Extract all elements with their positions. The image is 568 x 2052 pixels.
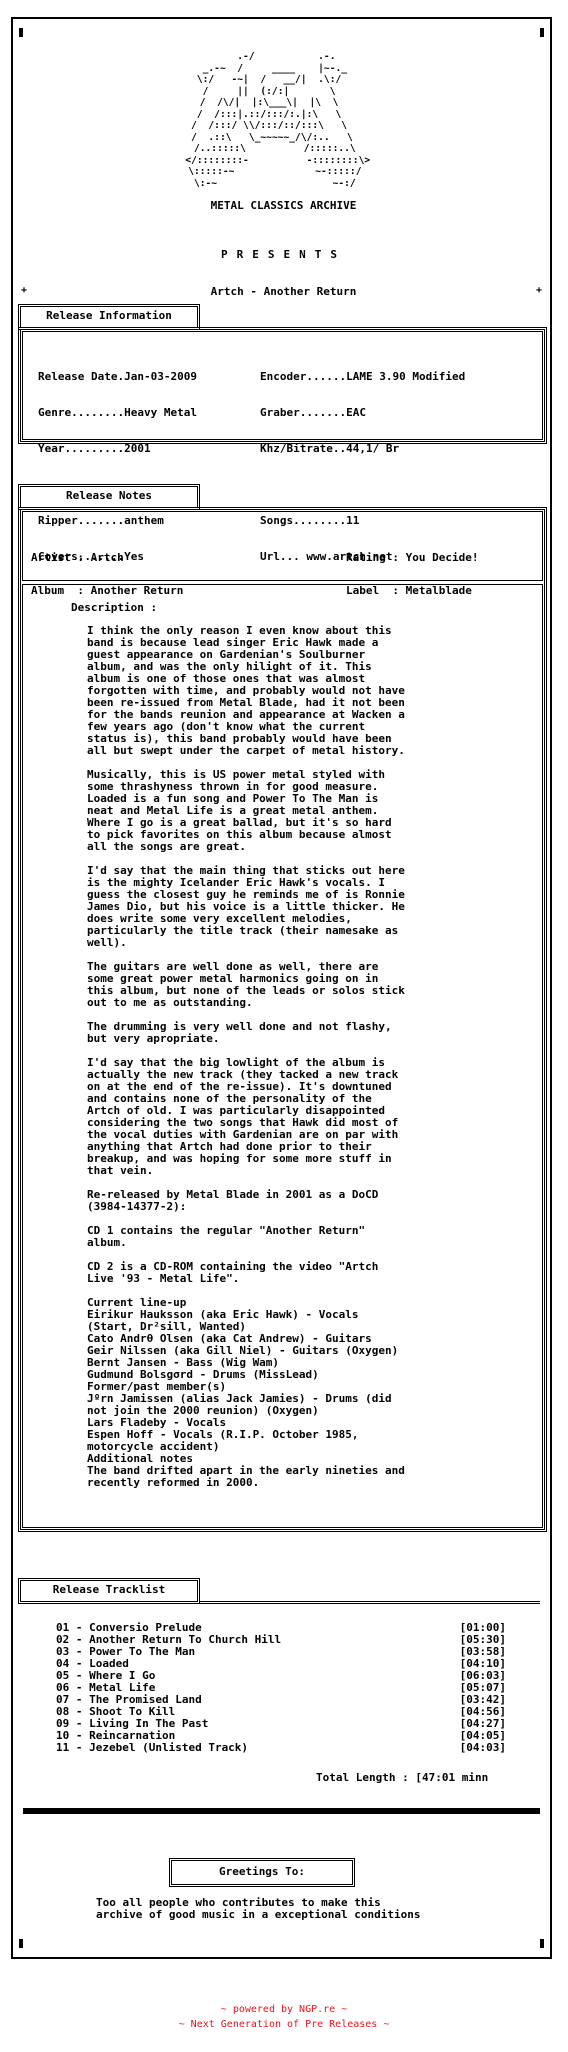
description-paragraph: Musically, this is US power metal styled… bbox=[87, 769, 487, 853]
info-graber: Graber.......EAC bbox=[260, 407, 465, 419]
info-bitrate: Khz/Bitrate..44,1/ Br bbox=[260, 443, 465, 455]
corner-marker-top-right bbox=[540, 28, 544, 37]
description-paragraph: The guitars are well done as well, there… bbox=[87, 961, 487, 1009]
description-paragraph: Re-released by Metal Blade in 2001 as a … bbox=[87, 1189, 487, 1213]
greetings-text: Too all people who contributes to make t… bbox=[96, 1897, 421, 1921]
track-row: 11 - Jezebel (Unlisted Track)[04:03] bbox=[56, 1742, 506, 1754]
info-genre: Genre........Heavy Metal bbox=[38, 407, 197, 419]
release-title: Artch - Another Return bbox=[13, 285, 554, 298]
total-length: Total Length : [47:01 minn bbox=[316, 1771, 488, 1784]
footer-tagline: ~ Next Generation of Pre Releases ~ bbox=[0, 2019, 568, 2030]
corner-marker-top-left bbox=[19, 28, 23, 37]
info-release-date: Release Date.Jan-03-2009 bbox=[38, 371, 197, 383]
ascii-logo: .-/ .-. _.-~ / ____ |~-._ \:/ -~| / __/|… bbox=[13, 51, 554, 189]
notes-label: Label : Metalblade bbox=[346, 585, 478, 596]
footer-powered-by: ~ powered by NGP.re ~ bbox=[0, 2004, 568, 2015]
notes-artist: Artist : Artch bbox=[31, 552, 183, 563]
greetings-heading: Greetings To: bbox=[169, 1858, 355, 1887]
description-body: I think the only reason I even know abou… bbox=[87, 625, 487, 1501]
section-divider-bar bbox=[23, 1808, 540, 1814]
lineup-paragraph: Current line-up Eirikur Hauksson (aka Er… bbox=[87, 1297, 487, 1489]
archive-name: METAL CLASSICS ARCHIVE bbox=[13, 199, 554, 212]
track-length: [04:03] bbox=[460, 1742, 506, 1754]
notes-album: Album : Another Return bbox=[31, 585, 183, 596]
description-paragraph: I'd say that the main thing that sticks … bbox=[87, 865, 487, 949]
corner-marker-bottom-left bbox=[19, 1939, 23, 1948]
tab-release-tracklist: Release Tracklist bbox=[18, 1578, 200, 1604]
description-paragraph: I'd say that the big lowlight of the alb… bbox=[87, 1057, 487, 1177]
description-paragraph: I think the only reason I even know abou… bbox=[87, 625, 487, 757]
presents-heading: PRESENTS bbox=[13, 248, 554, 261]
plus-right: + bbox=[536, 285, 542, 296]
corner-marker-bottom-right bbox=[540, 1939, 544, 1948]
info-encoder: Encoder......LAME 3.90 Modified bbox=[260, 371, 465, 383]
description-title: Description : bbox=[71, 601, 157, 614]
info-year: Year.........2001 bbox=[38, 443, 197, 455]
notes-rating: Rating : You Decide! bbox=[346, 552, 478, 563]
tracklist-divider bbox=[200, 1601, 540, 1604]
track-title: 11 - Jezebel (Unlisted Track) bbox=[56, 1742, 248, 1754]
description-paragraph: The drumming is very well done and not f… bbox=[87, 1021, 487, 1045]
description-paragraph: CD 2 is a CD-ROM containing the video "A… bbox=[87, 1261, 487, 1285]
notes-left: Artist : Artch Album : Another Return bbox=[31, 530, 183, 607]
notes-right: Rating : You Decide! Label : Metalblade bbox=[346, 530, 478, 607]
tracklist: 01 - Conversio Prelude[01:00]02 - Anothe… bbox=[56, 1622, 506, 1754]
description-paragraph: CD 1 contains the regular "Another Retur… bbox=[87, 1225, 487, 1249]
